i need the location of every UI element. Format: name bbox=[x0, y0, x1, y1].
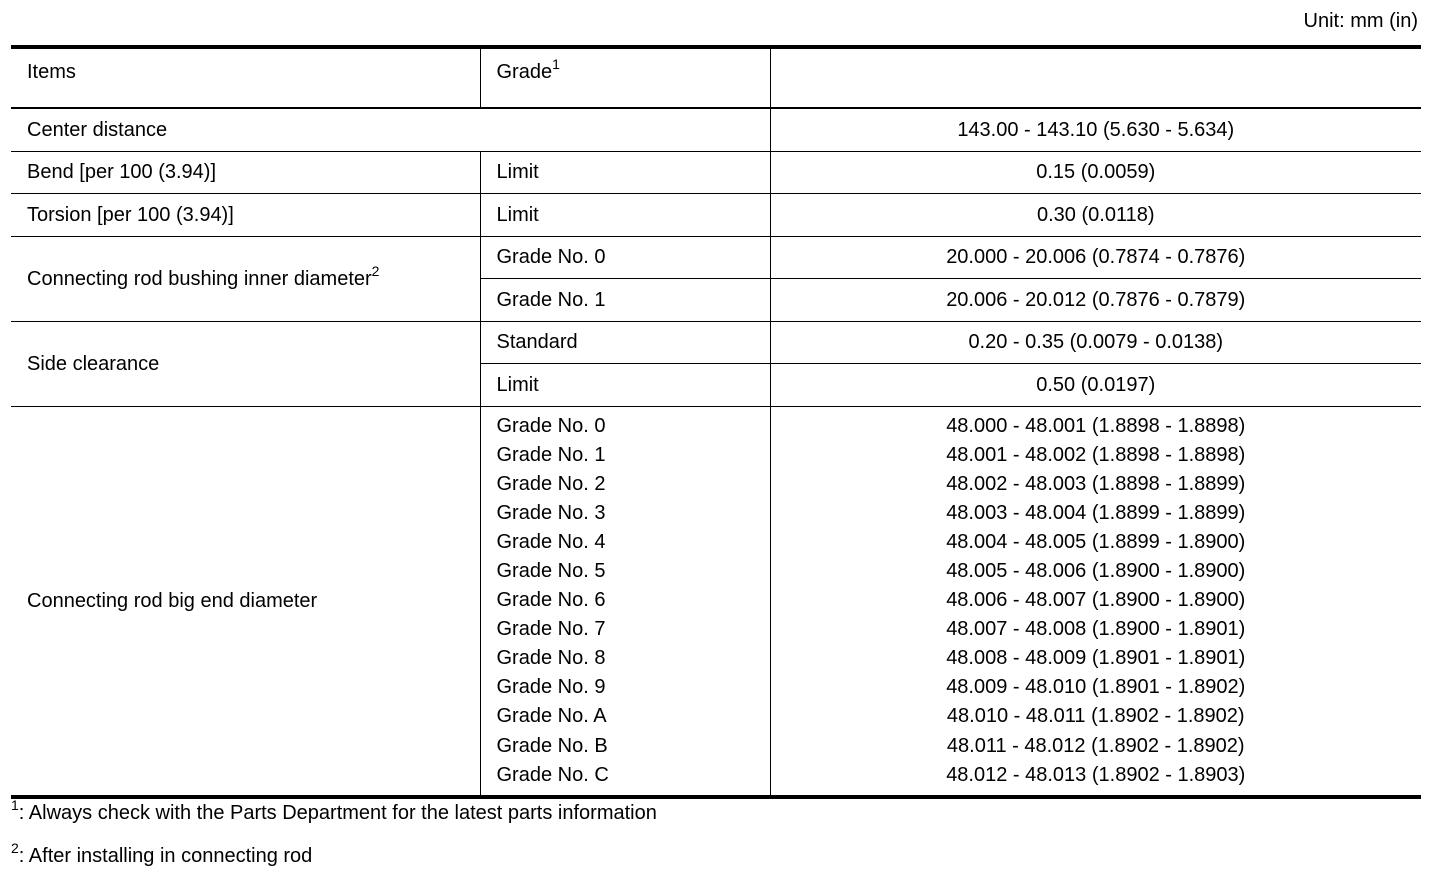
big-end-value: 48.010 - 48.011 (1.8902 - 1.8902) bbox=[787, 702, 1406, 731]
big-end-grade: Grade No. 0 bbox=[497, 412, 754, 441]
big-end-value: 48.005 - 48.006 (1.8900 - 1.8900) bbox=[787, 557, 1406, 586]
table-row: Connecting rod big end diameter Grade No… bbox=[11, 406, 1421, 797]
big-end-value-list: 48.000 - 48.001 (1.8898 - 1.8898)48.001 … bbox=[770, 406, 1421, 797]
big-end-grade: Grade No. A bbox=[497, 702, 754, 731]
big-end-value: 48.006 - 48.007 (1.8900 - 1.8900) bbox=[787, 586, 1406, 615]
table-row: Bend [per 100 (3.94)] Limit 0.15 (0.0059… bbox=[11, 151, 1421, 194]
item-bend: Bend [per 100 (3.94)] bbox=[11, 151, 480, 194]
value-side-clearance-limit: 0.50 (0.0197) bbox=[770, 364, 1421, 407]
big-end-grade: Grade No. 4 bbox=[497, 528, 754, 557]
grade-bend: Limit bbox=[480, 151, 770, 194]
header-items: Items bbox=[11, 47, 480, 108]
big-end-grade-list: Grade No. 0Grade No. 1Grade No. 2Grade N… bbox=[480, 406, 770, 797]
big-end-value: 48.001 - 48.002 (1.8898 - 1.8898) bbox=[787, 441, 1406, 470]
big-end-value: 48.000 - 48.001 (1.8898 - 1.8898) bbox=[787, 412, 1406, 441]
value-bushing-1: 20.006 - 20.012 (0.7876 - 0.7879) bbox=[770, 279, 1421, 322]
big-end-value: 48.003 - 48.004 (1.8899 - 1.8899) bbox=[787, 499, 1406, 528]
value-torsion: 0.30 (0.0118) bbox=[770, 194, 1421, 237]
item-big-end: Connecting rod big end diameter bbox=[11, 406, 480, 797]
table-row: Connecting rod bushing inner diameter2 G… bbox=[11, 236, 1421, 279]
big-end-value: 48.002 - 48.003 (1.8898 - 1.8899) bbox=[787, 470, 1406, 499]
grade-bushing-1: Grade No. 1 bbox=[480, 279, 770, 322]
big-end-grade: Grade No. 3 bbox=[497, 499, 754, 528]
item-torsion: Torsion [per 100 (3.94)] bbox=[11, 194, 480, 237]
big-end-value: 48.008 - 48.009 (1.8901 - 1.8901) bbox=[787, 644, 1406, 673]
footnote-1: 1: Always check with the Parts Departmen… bbox=[11, 802, 657, 825]
table-row: Torsion [per 100 (3.94)] Limit 0.30 (0.0… bbox=[11, 194, 1421, 237]
big-end-value: 48.009 - 48.010 (1.8901 - 1.8902) bbox=[787, 673, 1406, 702]
grade-side-clearance-limit: Limit bbox=[480, 364, 770, 407]
big-end-grade: Grade No. 5 bbox=[497, 557, 754, 586]
big-end-grade: Grade No. 8 bbox=[497, 644, 754, 673]
big-end-grade: Grade No. C bbox=[497, 761, 754, 790]
big-end-value: 48.012 - 48.013 (1.8902 - 1.8903) bbox=[787, 761, 1406, 790]
table-header-row: Items Grade1 bbox=[11, 47, 1421, 108]
table-row: Center distance 143.00 - 143.10 (5.630 -… bbox=[11, 108, 1421, 151]
value-center-distance: 143.00 - 143.10 (5.630 - 5.634) bbox=[770, 108, 1421, 151]
grade-side-clearance-standard: Standard bbox=[480, 321, 770, 364]
footnote-2: 2: After installing in connecting rod bbox=[11, 845, 312, 868]
big-end-grade: Grade No. 6 bbox=[497, 586, 754, 615]
table-row: Side clearance Standard 0.20 - 0.35 (0.0… bbox=[11, 321, 1421, 364]
big-end-grade: Grade No. 9 bbox=[497, 673, 754, 702]
connecting-rod-spec-table: Items Grade1 Center distance 143.00 - 14… bbox=[11, 45, 1421, 799]
header-value bbox=[770, 47, 1421, 108]
big-end-grade: Grade No. B bbox=[497, 732, 754, 761]
item-center-distance: Center distance bbox=[11, 108, 770, 151]
big-end-grade: Grade No. 1 bbox=[497, 441, 754, 470]
item-side-clearance: Side clearance bbox=[11, 321, 480, 406]
value-bushing-0: 20.000 - 20.006 (0.7874 - 0.7876) bbox=[770, 236, 1421, 279]
big-end-value: 48.007 - 48.008 (1.8900 - 1.8901) bbox=[787, 615, 1406, 644]
grade-bushing-0: Grade No. 0 bbox=[480, 236, 770, 279]
unit-label: Unit: mm (in) bbox=[1304, 10, 1418, 33]
big-end-grade: Grade No. 2 bbox=[497, 470, 754, 499]
value-side-clearance-standard: 0.20 - 0.35 (0.0079 - 0.0138) bbox=[770, 321, 1421, 364]
value-bend: 0.15 (0.0059) bbox=[770, 151, 1421, 194]
big-end-value: 48.004 - 48.005 (1.8899 - 1.8900) bbox=[787, 528, 1406, 557]
header-grade: Grade1 bbox=[480, 47, 770, 108]
grade-torsion: Limit bbox=[480, 194, 770, 237]
big-end-value: 48.011 - 48.012 (1.8902 - 1.8902) bbox=[787, 732, 1406, 761]
item-bushing: Connecting rod bushing inner diameter2 bbox=[11, 236, 480, 321]
big-end-grade: Grade No. 7 bbox=[497, 615, 754, 644]
